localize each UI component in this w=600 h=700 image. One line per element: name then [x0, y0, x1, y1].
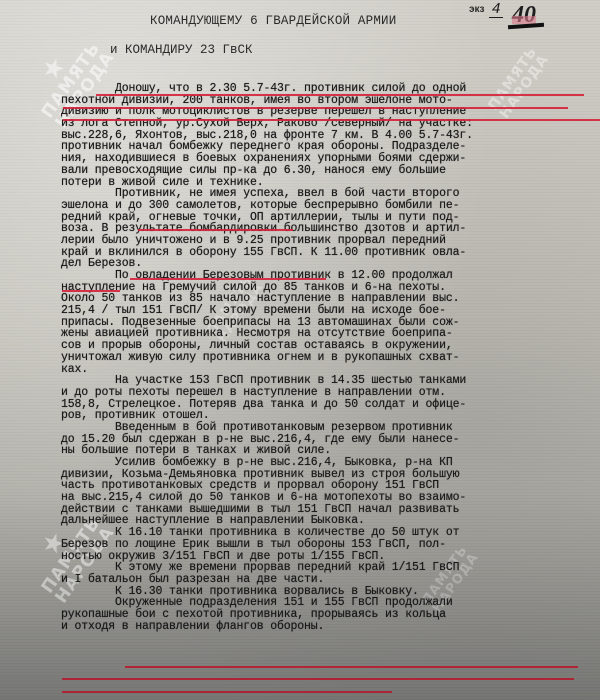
- copy-number: 4: [489, 0, 503, 18]
- red-underline: [130, 278, 326, 280]
- text-line: и I батальон был разрезан на две части.: [61, 574, 586, 586]
- red-underline: [96, 94, 584, 96]
- document-scan: ★ ПАМЯТЬ НАРОДА ПАМЯТЬ НАРОДА ★ ПАМЯТЬ Н…: [0, 0, 600, 700]
- text-line: вали превосходящие силы пр-ка до 6.30, н…: [61, 165, 586, 177]
- report-body: Доношу, что в 2.30 5.7-43г. противник си…: [61, 83, 586, 632]
- copy-label: экз: [469, 4, 485, 15]
- red-underline: [63, 119, 600, 121]
- text-line: на выс.215,4 силой до 50 танков и 6-на м…: [61, 492, 586, 504]
- text-line: Доношу, что в 2.30 5.7-43г. противник си…: [61, 83, 586, 95]
- text-line: 215,4 / тыл 151 ГвСП/ К этому времени бы…: [61, 305, 586, 317]
- red-underline: [63, 107, 568, 109]
- text-line: Усилив бомбежку в р-не выс.216,4, Быковк…: [61, 457, 586, 469]
- red-underline: [62, 678, 574, 680]
- red-underline: [138, 229, 293, 231]
- addressee-heading: КОМАНДУЮЩЕМУ 6 ГВАРДЕЙСКОЙ АРМИИ: [150, 14, 450, 28]
- text-line: и до роты пехоты перешел в наступление в…: [61, 387, 586, 399]
- text-line: и отходя в направлении флангов обороны.: [61, 621, 586, 633]
- red-underline: [62, 691, 392, 693]
- text-line: Введенным в бой противотанковым резервом…: [61, 422, 586, 434]
- text-line: уничтожал живую силу противника огнем и …: [61, 352, 586, 364]
- text-line: рукопашные бои с пехотой противника, про…: [61, 609, 586, 621]
- red-underline: [125, 666, 578, 668]
- red-underline: [62, 290, 120, 292]
- text-line: лерии было уничтожено и в 9.25 противник…: [61, 235, 586, 247]
- sheet-number: 40: [512, 2, 536, 29]
- addressee-subheading: и КОМАНДИРУ 23 ГвСК: [110, 43, 253, 57]
- text-line: Березов по лощине Ерик вышли в тыл оборо…: [61, 539, 586, 551]
- text-line: эшелона и до 300 самолетов, которые бесп…: [61, 200, 586, 212]
